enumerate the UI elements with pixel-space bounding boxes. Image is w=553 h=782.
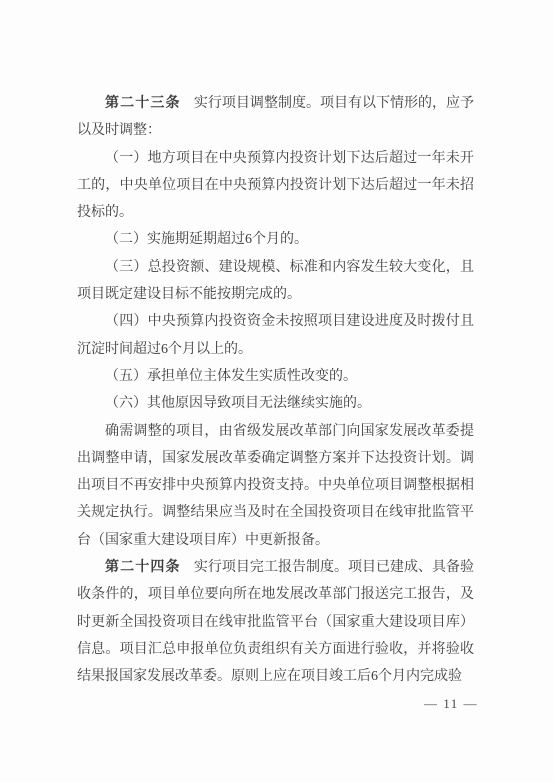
paragraph-body: 确需调整的项目，由省级发展改革部门向国家发展改革委提出调整申请，国家发展改革委确… (77, 418, 474, 554)
paragraph-article-23: 第二十三条实行项目调整制度。项目有以下情形的，应予以及时调整： (77, 90, 474, 145)
paragraph-text: （四）中央预算内投资资金未按照项目建设进度及时拨付且沉淀时间超过6个月以上的。 (77, 314, 474, 356)
article-number-label: 第二十四条 (105, 560, 181, 575)
paragraph-item-6: （六）其他原因导致项目无法继续实施的。 (77, 390, 474, 417)
paragraph-item-5: （五）承担单位主体发生实质性改变的。 (77, 363, 474, 390)
paragraph-item-3: （三）总投资额、建设规模、标准和内容发生较大变化，且项目既定建设目标不能按期完成… (77, 254, 474, 309)
paragraph-text: （二）实施期延期超过6个月的。 (105, 232, 308, 247)
paragraph-item-1: （一）地方项目在中央预算内投资计划下达后超过一年未开工的，中央单位项目在中央预算… (77, 145, 474, 227)
paragraph-article-24: 第二十四条实行项目完工报告制度。项目已建成、具备验收条件的，项目单位要向所在地发… (77, 554, 474, 690)
paragraph-text: 确需调整的项目，由省级发展改革部门向国家发展改革委提出调整申请，国家发展改革委确… (77, 424, 474, 548)
paragraph-text: （三）总投资额、建设规模、标准和内容发生较大变化，且项目既定建设目标不能按期完成… (77, 260, 474, 302)
paragraph-text: （六）其他原因导致项目无法继续实施的。 (105, 396, 371, 411)
paragraph-text: 实行项目完工报告制度。项目已建成、具备验收条件的，项目单位要向所在地发展改革部门… (77, 560, 474, 684)
paragraph-item-2: （二）实施期延期超过6个月的。 (77, 226, 474, 253)
paragraph-text: （五）承担单位主体发生实质性改变的。 (105, 369, 357, 384)
document-text-block: 第二十三条实行项目调整制度。项目有以下情形的，应予以及时调整： （一）地方项目在… (77, 90, 474, 691)
document-page: 第二十三条实行项目调整制度。项目有以下情形的，应予以及时调整： （一）地方项目在… (0, 0, 553, 782)
article-number-label: 第二十三条 (105, 96, 181, 111)
page-number: — 11 — (424, 696, 478, 712)
paragraph-text: （一）地方项目在中央预算内投资计划下达后超过一年未开工的，中央单位项目在中央预算… (77, 151, 474, 221)
paragraph-item-4: （四）中央预算内投资资金未按照项目建设进度及时拨付且沉淀时间超过6个月以上的。 (77, 308, 474, 363)
